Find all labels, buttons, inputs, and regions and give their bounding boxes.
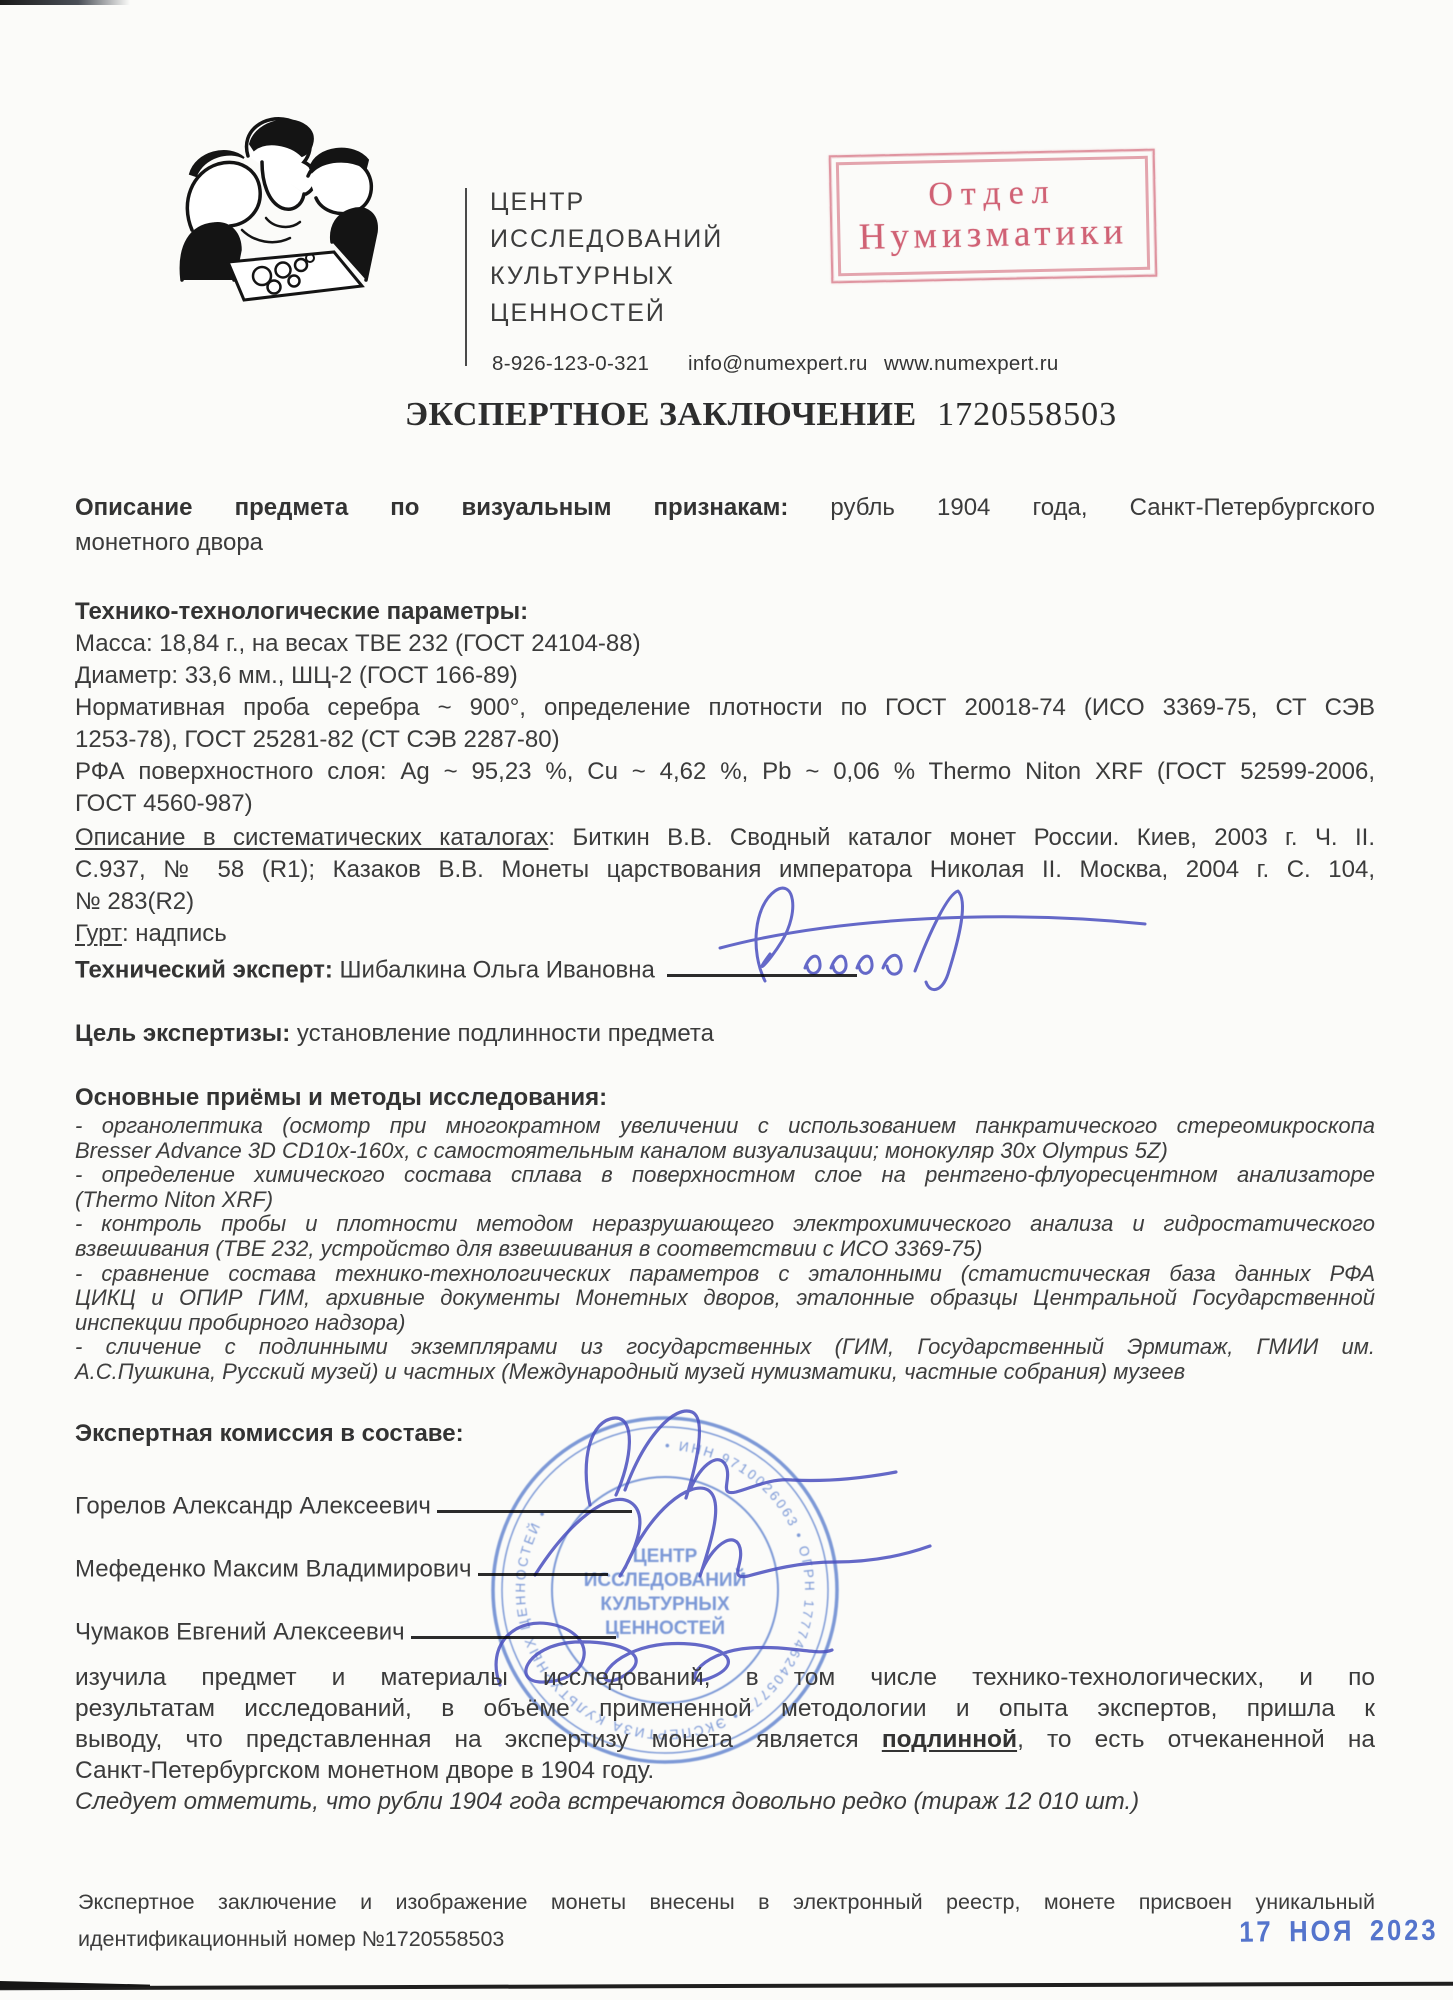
tech-params-lines: Масса: 18,84 г., на весах ТВЕ 232 (ГОСТ … [75,628,1375,820]
website-url: www.numexpert.ru [884,352,1059,376]
scanned-expertise-document: ЦЕНТРИССЛЕДОВАНИЙКУЛЬТУРНЫХЦЕННОСТЕЙ Отд… [0,0,1453,2000]
catalog-line3: № 283(R2) [75,886,1375,918]
text-line: - определение химического состава сплава… [75,1163,1375,1188]
member-name: Мефеденко Максим Владимирович [75,1555,472,1582]
registry-id-line: идентификационный номер №1720558503 [78,1921,1375,1958]
signature-line [437,1490,632,1513]
commission-member: Мефеденко Максим Владимирович [75,1553,1375,1616]
goal-label: Цель экспертизы: [75,1020,290,1047]
commission-members: Горелов Александр Алексеевич Мефеденко М… [75,1490,1375,1679]
phone-number: 8-926-123-0-321 [492,352,649,376]
conclusion-line: результатам исследований, в объёме приме… [75,1693,1375,1724]
description-section: Описание предмета по визуальным признака… [75,490,1375,560]
document-title-label: ЭКСПЕРТНОЕ ЗАКЛЮЧЕНИЕ [405,396,917,433]
member-name: Чумаков Евгений Алексеевич [75,1618,405,1645]
text-line: - сличение с подлинными экземплярами из … [75,1335,1375,1360]
red-stamp-line2: Нумизматики [858,210,1128,260]
methods-heading: Основные приёмы и методы исследования: [75,1082,1375,1114]
header-divider [465,188,467,366]
text-line: РФА поверхностного слоя: Ag ~ 95,23 %, C… [75,756,1375,788]
commission-member: Горелов Александр Алексеевич [75,1490,1375,1553]
description-text: рубль 1904 года, Санкт-Петербургского [830,494,1375,521]
text-line: Bresser Advance 3D CD10x-160x, с самосто… [75,1139,1375,1164]
text-line: ЦЕНТР [490,184,723,221]
text-line: А.С.Пушкина, Русский музей) и частных (М… [75,1360,1375,1385]
commission-heading: Экспертная комиссия в составе: [75,1418,1375,1450]
document-number: 1720558503 [937,396,1117,433]
signature-line [411,1616,616,1639]
conclusion-line: изучила предмет и материалы исследований… [75,1662,1375,1693]
text-line: взвешивания (ТВЕ 232, устройство для взв… [75,1237,1375,1262]
conclusion-section: изучила предмет и материалы исследований… [75,1662,1375,1817]
catalog-label: Описание в систематических каталогах [75,824,548,851]
rarity-note: Следует отметить, что рубли 1904 года вс… [75,1786,1375,1817]
edge-value: : надпись [122,920,227,947]
text-line: ЦЕННОСТЕЙ [490,295,723,332]
text-line: ЦИКЦ и ОПИР ГИМ, архивные документы Моне… [75,1286,1375,1311]
registry-footer: Экспертное заключение и изображение моне… [78,1884,1375,1958]
scan-bottom-edge [0,1982,1453,1991]
email-address: info@numexpert.ru [688,352,868,376]
text-line: инспекции пробирного надзора) [75,1311,1375,1336]
text-line: КУЛЬТУРНЫХ [490,258,723,295]
signature-line [667,954,857,977]
text-line: Диаметр: 33,6 мм., ШЦ-2 (ГОСТ 166-89) [75,660,1375,692]
tech-params-heading: Технико-технологические параметры: [75,596,1375,628]
member-name: Горелов Александр Алексеевич [75,1492,431,1519]
text-line: ИССЛЕДОВАНИЙ [490,221,723,258]
verdict-authentic: подлинной [882,1726,1017,1753]
red-stamp-line1: Отдел [928,174,1057,215]
text-line: ГОСТ 4560-987) [75,788,1375,820]
goal-section: Цель экспертизы: установление подлинност… [75,1018,1375,1050]
org-logo-engraving-icon [170,110,405,315]
text-line: (Thermo Niton XRF) [75,1188,1375,1213]
catalog-line2: С.937, № 58 (R1); Казаков В.В. Монеты ца… [75,854,1375,886]
text-line: Нормативная проба серебра ~ 900°, опреде… [75,692,1375,724]
red-department-stamp: Отдел Нумизматики [829,149,1158,284]
conclusion-line: Санкт-Петербургском монетном дворе в 190… [75,1755,1375,1786]
description-text-2: монетного двора [75,525,1375,560]
text-line: Масса: 18,84 г., на весах ТВЕ 232 (ГОСТ … [75,628,1375,660]
signature-line [478,1553,608,1576]
description-label: Описание предмета по визуальным признака… [75,494,788,521]
text-line: - контроль пробы и плотности методом нер… [75,1212,1375,1237]
scan-edge-smudge [0,0,130,5]
text-line: 1253-78), ГОСТ 25281-82 (СТ СЭВ 2287-80) [75,724,1375,756]
technical-expert-label: Технический эксперт: [75,956,333,983]
document-title: ЭКСПЕРТНОЕ ЗАКЛЮЧЕНИЕ 1720558503 [405,396,1117,434]
text-line: - органолептика (осмотр при многократном… [75,1114,1375,1139]
registry-line: Экспертное заключение и изображение моне… [78,1884,1375,1921]
text-line: - сравнение состава технико-технологичес… [75,1262,1375,1287]
org-name: ЦЕНТРИССЛЕДОВАНИЙКУЛЬТУРНЫХЦЕННОСТЕЙ [490,184,723,332]
edge-label: Гурт [75,920,122,947]
technical-expert-name: Шибалкина Ольга Ивановна [340,956,655,983]
technical-expert-line: Технический эксперт: Шибалкина Ольга Ива… [75,954,1375,986]
methods-list: - органолептика (осмотр при многократном… [75,1114,1375,1385]
tech-params-section: Технико-технологические параметры: Масса… [75,596,1375,820]
goal-text: установление подлинности предмета [297,1020,714,1047]
catalog-line1: : Биткин В.В. Сводный каталог монет Росс… [548,824,1375,851]
catalog-section: Описание в систематических каталогах: Би… [75,822,1375,950]
